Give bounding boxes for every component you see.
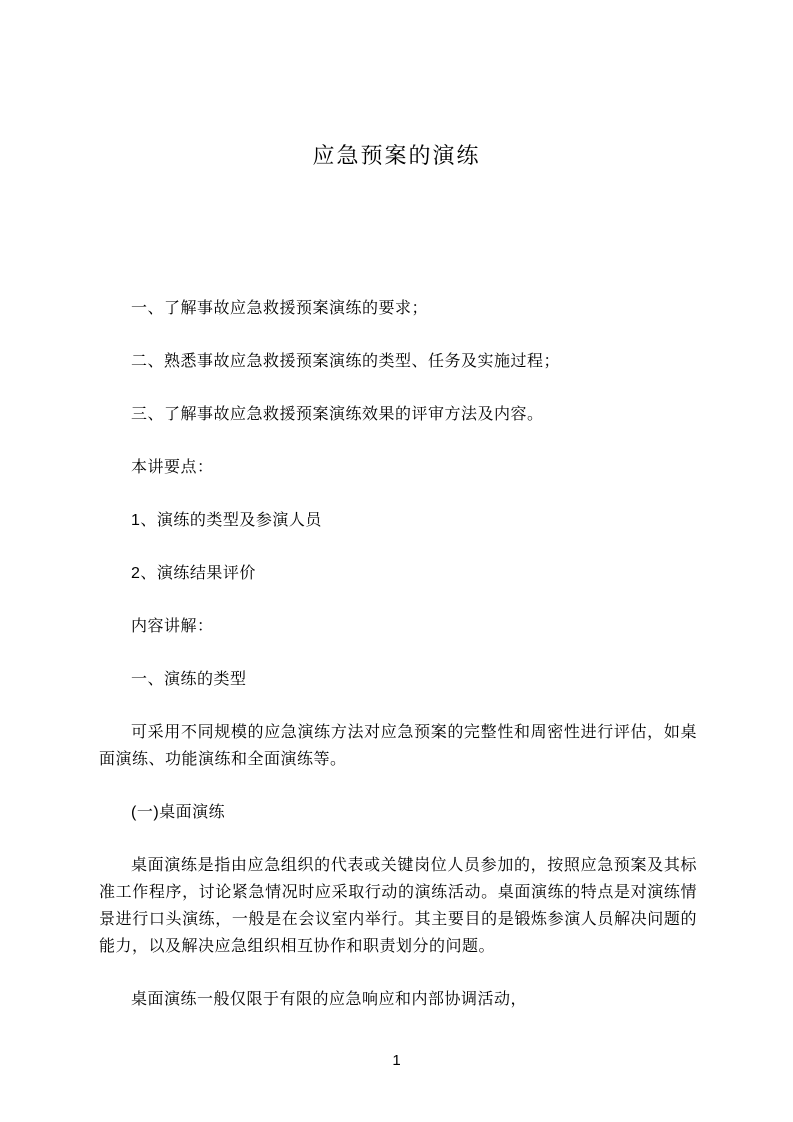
content-explanation-heading: 内容讲解： [99, 613, 697, 640]
page-number: 1 [0, 1051, 793, 1071]
key-point-item-1: 1、演练的类型及参演人员 [99, 507, 697, 534]
tabletop-drill-definition-paragraph: 桌面演练是指由应急组织的代表或关键岗位人员参加的，按照应急预案及其标准工作程序，… [99, 852, 697, 960]
key-points-heading: 本讲要点： [99, 454, 697, 481]
subsection-heading-tabletop-drill: (一)桌面演练 [99, 799, 697, 826]
objective-item-2: 二、熟悉事故应急救援预案演练的类型、任务及实施过程； [99, 348, 697, 375]
key-point-item-2: 2、演练结果评价 [99, 560, 697, 587]
document-title: 应急预案的演练 [0, 0, 793, 169]
objective-item-1: 一、了解事故应急救援预案演练的要求； [99, 295, 697, 322]
section-heading-drill-types: 一、演练的类型 [99, 666, 697, 693]
document-page: 应急预案的演练 一、了解事故应急救援预案演练的要求； 二、熟悉事故应急救援预案演… [0, 0, 793, 1122]
tabletop-drill-scope-paragraph: 桌面演练一般仅限于有限的应急响应和内部协调活动， [99, 986, 697, 1013]
objective-item-3: 三、了解事故应急救援预案演练效果的评审方法及内容。 [99, 401, 697, 428]
section-intro-paragraph: 可采用不同规模的应急演练方法对应急预案的完整性和周密性进行评估，如桌面演练、功能… [99, 719, 697, 773]
document-body: 一、了解事故应急救援预案演练的要求； 二、熟悉事故应急救援预案演练的类型、任务及… [0, 295, 793, 1013]
